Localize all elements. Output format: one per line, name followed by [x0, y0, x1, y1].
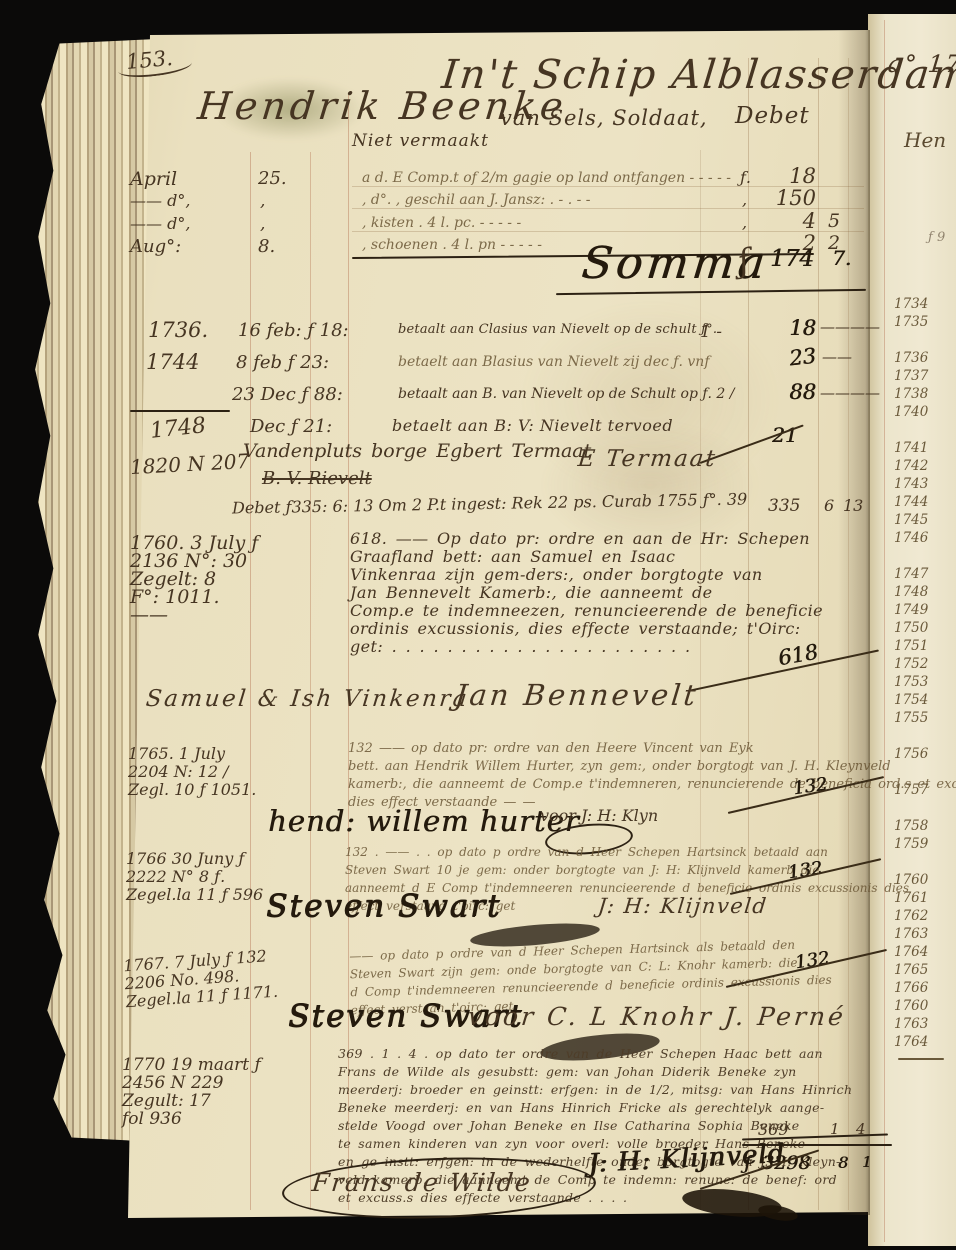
payment-desc: betaelt aan Blasius van Nievelt zij dec … [398, 354, 710, 370]
payment-amount: 18 [772, 316, 816, 340]
margin-line: Zegl. 10 ƒ 1051. [128, 774, 256, 792]
year-item: 1749 [894, 602, 928, 620]
body-line: Beneke meerderj: en van Hans Hinrich Fri… [338, 1100, 852, 1118]
cell-amount: 150 [770, 186, 816, 210]
year-item: 1754 [894, 692, 928, 710]
cell-amount: 18 [770, 164, 816, 188]
body-line: bett. aan Hendrik Willem Hurter, zyn gem… [348, 754, 956, 772]
cell-desc: a d. E Comp.t of 2/m gagie op land ontfa… [362, 170, 731, 186]
signature-hurter: hend: willem hurter [268, 804, 580, 838]
year-item [894, 332, 928, 350]
year-item: 1764 [894, 944, 928, 962]
cell-day: , [260, 191, 265, 211]
cell-day: , [260, 214, 265, 234]
debet-col1: 335 [768, 496, 800, 516]
payment-desc: betaalt aan B. van Nievelt op de Schult … [398, 386, 735, 402]
cell-desc: , kisten . 4 l. pc. - - - - - [362, 215, 521, 231]
ruled-line [884, 20, 885, 1242]
margin-line: 1770 19 maart ƒ [122, 1048, 261, 1066]
body-line: 132 —— op dato pr: ordre van den Heere V… [348, 736, 956, 754]
signature-vinkenra: Samuel & Ish Vinkenra [145, 686, 471, 712]
margin-line: 2136 N°: 30 [130, 546, 258, 564]
year-item [894, 854, 928, 872]
cell-month: —— d°, [130, 214, 190, 233]
note-niet-vermaakt: Niet vermaakt [352, 131, 489, 151]
payment-amount: 88 [772, 380, 816, 404]
debet-col2: 6 [824, 496, 834, 515]
payment-year: 1736. [148, 318, 208, 342]
cell-guilder: , [742, 213, 747, 232]
entry-1767-margin: 1767. 7 July ƒ 1322206 No. 498.Zegel.la … [122, 941, 278, 1006]
entry-1765-margin: 1765. 1 July2204 N: 12 /Zegl. 10 ƒ 1051. [128, 738, 256, 792]
borg-struck-name: B. V. Rievelt [262, 468, 372, 489]
body-line: Steven Swart 10 je gem: onder borgtogte … [345, 860, 909, 878]
entry-1770-margin: 1770 19 maart ƒ2456 N 229Zegult: 17fol 9… [122, 1048, 261, 1120]
cell-sub: 5 [828, 210, 840, 232]
year-item: 1758 [894, 818, 928, 836]
body-line: 618. —— Op dato pr: ordre en aan de Hr: … [350, 526, 823, 544]
year-item: 1735 [894, 314, 928, 332]
year-item: 1734 [894, 296, 928, 314]
payment-mid: 1 - [700, 322, 722, 342]
cell-guilder: , [742, 190, 747, 209]
signature-knohr-perne: voor C. L Knohr J. Perné [466, 1002, 847, 1031]
margin-line: Zegel.la 11 ƒ 596 [126, 880, 263, 898]
margin-line: F°: 1011. [130, 582, 258, 600]
cell-desc: , d°. , geschil aan J. Jansz: . - . - - [362, 192, 591, 208]
cell-guilder: ƒ. [740, 168, 751, 187]
year-item: 1744 [894, 494, 928, 512]
body-line: 132 . —— . . op dato p ordre van d Heer … [345, 842, 909, 860]
year-item: 1756 [894, 746, 928, 764]
payment-dash: ———— [820, 384, 880, 402]
payment-desc: betaelt aan B: V: Nievelt tervoed [392, 416, 673, 435]
debet-label: Debet [735, 103, 810, 129]
facing-page-mark: ƒ 9 [928, 230, 945, 245]
entry-1766-margin: 1766 30 Juny ƒ2222 N° 8 ƒ.Zegel.la 11 ƒ … [126, 844, 263, 898]
year-item: 1742 [894, 458, 928, 476]
margin-line: Zegult: 17 [122, 1084, 261, 1102]
margin-line: 1765. 1 July [128, 738, 256, 756]
year-item: 1748 [894, 584, 928, 602]
body-line: Comp.e te indemneezen, renuncieerende de… [350, 598, 823, 616]
cell-day: 25. [258, 168, 287, 189]
year-item: 1761 [894, 890, 928, 908]
year-item: 1745 [894, 512, 928, 530]
year-item: 1765 [894, 962, 928, 980]
payment-date: 23 Dec ƒ 88: [232, 384, 343, 405]
payment-dash: ———— [820, 318, 880, 336]
payment-amount: 23 [771, 344, 817, 372]
year-item: 1762 [894, 908, 928, 926]
total-sub2: 1 [862, 1153, 872, 1171]
cell-desc: , schoenen . 4 l. pn - - - - - [362, 237, 542, 253]
year-item: 1751 [894, 638, 928, 656]
ruled-line [348, 95, 349, 1210]
cell-month: Aug°: [130, 236, 181, 257]
signature-swart-1766: Steven Swart [266, 888, 501, 924]
year-item: 1763 [894, 926, 928, 944]
year-item [894, 764, 928, 782]
year-item: 1738 [894, 386, 928, 404]
year-item: 1766 [894, 980, 928, 998]
year-item: 1736 [894, 350, 928, 368]
year-item [894, 728, 928, 746]
year-item: 1747 [894, 566, 928, 584]
year-item: 1757 [894, 782, 928, 800]
payment-desc: betaalt aan Clasius van Nievelt op de sc… [398, 322, 717, 337]
year-item [894, 422, 928, 440]
ink-rule [130, 410, 230, 412]
payment-date: 8 feb ƒ 23: [236, 352, 329, 373]
manuscript-photo: 153. In't Schip Alblasserdam a° 17 Hendr… [0, 0, 956, 1250]
entry-1765-body: 132 —— op dato pr: ordre van den Heere V… [348, 736, 956, 808]
borg-line: Vandenpluts borge Egbert Termaat [243, 440, 591, 462]
year-item: 1746 [894, 530, 928, 548]
signature-bennevelt: Jan Bennevelt [453, 678, 700, 712]
year-item: 1753 [894, 674, 928, 692]
termaat-signature: E Termaat [577, 446, 718, 472]
cell-day: 8. [258, 236, 275, 257]
payment-year: 1744 [146, 350, 199, 374]
somma-amount: 174 [770, 246, 814, 272]
ruled-line [310, 152, 311, 1210]
year-item [894, 548, 928, 566]
payment-date: Dec ƒ 21: [250, 416, 332, 437]
signature-klijnveld-1766: J: H: Klijnveld [597, 894, 769, 918]
margin-line: 1760. 3 July ƒ [130, 528, 258, 546]
account-holder-rest: van Sels, Soldaat, [500, 106, 708, 130]
debet-col3: 13 [843, 496, 863, 515]
year-item: 1737 [894, 368, 928, 386]
facing-page-year-column: 1734173517361737173817401741174217431744… [894, 296, 928, 1052]
year-item: 1764 [894, 1034, 928, 1052]
payment-dash: —— [822, 348, 852, 366]
facing-page-header: Hen [904, 128, 946, 152]
signature-klijnveld-voor: voor J: H: Klyn [540, 806, 658, 825]
body-line: meerderj: broeder en geinstt: erfgen: in… [338, 1082, 852, 1100]
body-line: ordinis excussionis, dies effecte versta… [350, 616, 823, 634]
margin-line: 2204 N: 12 / [128, 756, 256, 774]
total-sub1: 8 [838, 1153, 848, 1172]
cell-amount: 4 [770, 209, 816, 233]
year-item: 1752 [894, 656, 928, 674]
somma-sub: 7. [832, 246, 851, 270]
year-item: 1740 [894, 404, 928, 422]
signature-de-wilde: Frans de Wilde [310, 1168, 533, 1197]
year-item: 1760 [894, 872, 928, 890]
cell-month: April [130, 168, 177, 190]
cell-month: —— d°, [130, 191, 190, 210]
entry-1760-body: 618. —— Op dato pr: ordre en aan de Hr: … [350, 526, 823, 652]
year-item: 1760 [894, 998, 928, 1016]
body-line: 369 . 1 . 4 . op dato ter ordre van de H… [338, 1046, 852, 1064]
year-item [894, 800, 928, 818]
body-line: Vinkenraa zijn gem-ders:, onder borgtogt… [350, 562, 823, 580]
year-item: 1750 [894, 620, 928, 638]
year-item: 1759 [894, 836, 928, 854]
payment-date: 16 feb: ƒ 18: [238, 320, 349, 341]
ship-header-year: a° 17 [887, 50, 956, 78]
margin-line: 1766 30 Juny ƒ [126, 844, 263, 862]
year-item: 1763 [894, 1016, 928, 1034]
year-item: 1743 [894, 476, 928, 494]
ink-rule [898, 1058, 944, 1060]
year-item: 1741 [894, 440, 928, 458]
entry-1760-margin: 1760. 3 July ƒ2136 N°: 30Zegelt: 8F°: 10… [130, 528, 258, 618]
year-item: 1755 [894, 710, 928, 728]
body-line: Frans de Wilde als gesubstt: gem: van Jo… [338, 1064, 852, 1082]
